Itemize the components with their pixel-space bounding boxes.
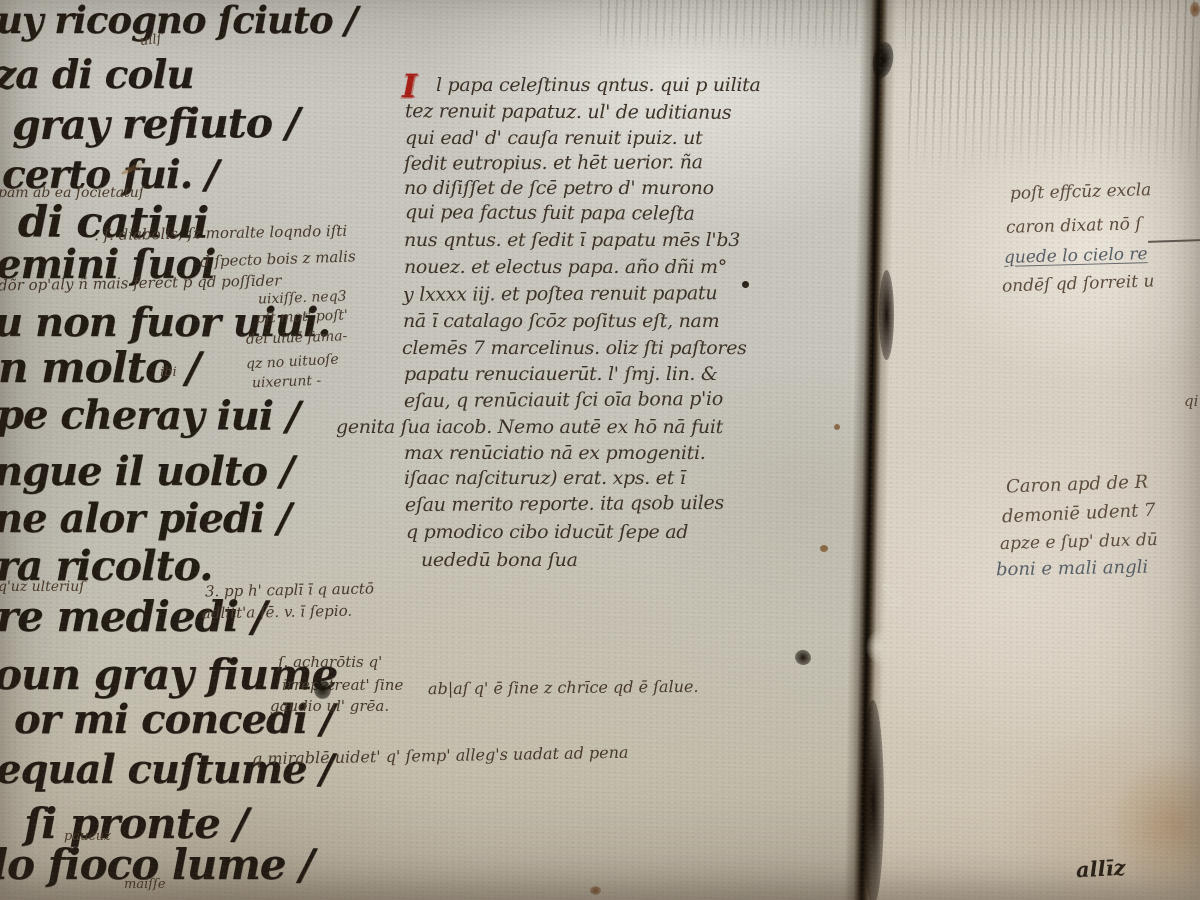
margin-gloss-line: uixerunt - [252,374,322,390]
verse-line: ſi pronte / [24,803,248,845]
commentary-line: nā ī catalago ſcōz poſitus eſt, nam [403,312,719,331]
right-note-line: boni e mali angli [996,559,1148,580]
interlinear-gloss: maiſſe [124,878,166,891]
interlinear-gloss: ibi [160,366,177,379]
verse-line: pe cheray iui / [0,395,300,437]
right-note-fragment: qi [1184,394,1198,409]
rubric-initial: I [402,70,417,102]
commentary-line: l papa celeſtinus qntus. qui p uilita [436,76,761,95]
margin-gloss-line: uixiſſe. neq3 [258,289,347,306]
commentary-line: ſedit eutropius. et hēt uerior. ña [404,153,703,174]
commentary-line: eſau, q renūciauit ſci oīa bona p'io [404,390,723,411]
right-note-line: Caron apd de R [1006,474,1149,497]
right-page-parchment [872,0,1200,900]
interlinear-gloss: q'uz ulteriuſ [0,580,84,594]
commentary-line: uededū bona ſua [421,551,578,570]
commentary-line: nouez. et electus papa. año dñi m° [404,258,727,277]
paper-tear [866,630,894,664]
commentary-line: papatu renuciauerūt. l' ſmj. lin. & [404,365,718,384]
verse-line: za di colu [0,56,194,95]
binding-crack-blob [879,270,894,360]
commentary-line: clemēs 7 marcelinus. oliz ſti paſtores [402,339,747,358]
commentary-line: max renūciatio nā ex pmogeniti. [404,444,706,463]
binding-crack-blob [862,700,884,900]
commentary-line: genita ſua iacob. Nemo autē ex hō nā fui… [336,418,723,437]
commentary-line: qui pea factus fuit papa celeſta [405,203,695,224]
verse-line: ne alor piedi / [0,499,291,539]
right-note-line: quede lo cielo re [1004,246,1148,267]
margin-note-line: 3. pp h' caplī ī q auctō [205,582,374,600]
margin-note-line: irrepetreat' ſine [282,678,403,693]
margin-gloss-line: dei uiuē fama- [246,329,348,347]
commentary-line: q pmodico cibo iducūt ſepe ad [406,523,688,542]
commentary-line: no diſiſſet de ſcē petro d' murono [404,179,714,198]
interlinear-gloss: pam ab ea ſocietatuſ [0,186,144,200]
right-note-line: caron dixat nō ſ [1006,216,1142,237]
commentary-line: nus qntus. et ſedit ī papatu mēs l'b3 [404,231,740,250]
commentary-line: qui ead' d' cauſa renuit ipuiz. ut [405,129,702,148]
commentary-line: y lxxxx iij. et poſtea renuit papatu [403,284,717,305]
margin-note-line: adlitt'a ſē. v. ī ſepio. [202,604,352,622]
commentary-line: iſaac naſcituruz) erat. xps. et ī [404,469,686,488]
commentary-line: tez renuit papatuz. ul' de uditianus [405,102,731,123]
right-note-line: poſt effcūz excla [1010,182,1152,203]
right-note-fragment: allīz [1075,857,1126,881]
right-note-line: apze e ſup' dux dū [1000,532,1158,553]
verse-line: uy ricogno ſciuto / [0,2,357,39]
margin-gloss-line: . ſ. diabolis, ſz moralte loqndo iſti [94,224,347,243]
verse-line: gray refiuto / [12,103,300,147]
commentary-line: eſau merito reporte. ita qsob uiles [405,494,724,515]
interlinear-gloss: uilſ [139,33,162,48]
margin-note-line: ſ. acharōtis q' [278,655,382,670]
margin-note-line: gaudio ul' grēa. [270,699,389,714]
verse-line: ngue il uolto / [0,452,293,492]
interlinear-gloss: paucuz [64,830,111,843]
margin-note-line: ab|aſ q' ē ſine z chrīce qd ē ſalue. [428,679,699,697]
margin-gloss-line: pſt mot' poſt' [256,308,348,325]
